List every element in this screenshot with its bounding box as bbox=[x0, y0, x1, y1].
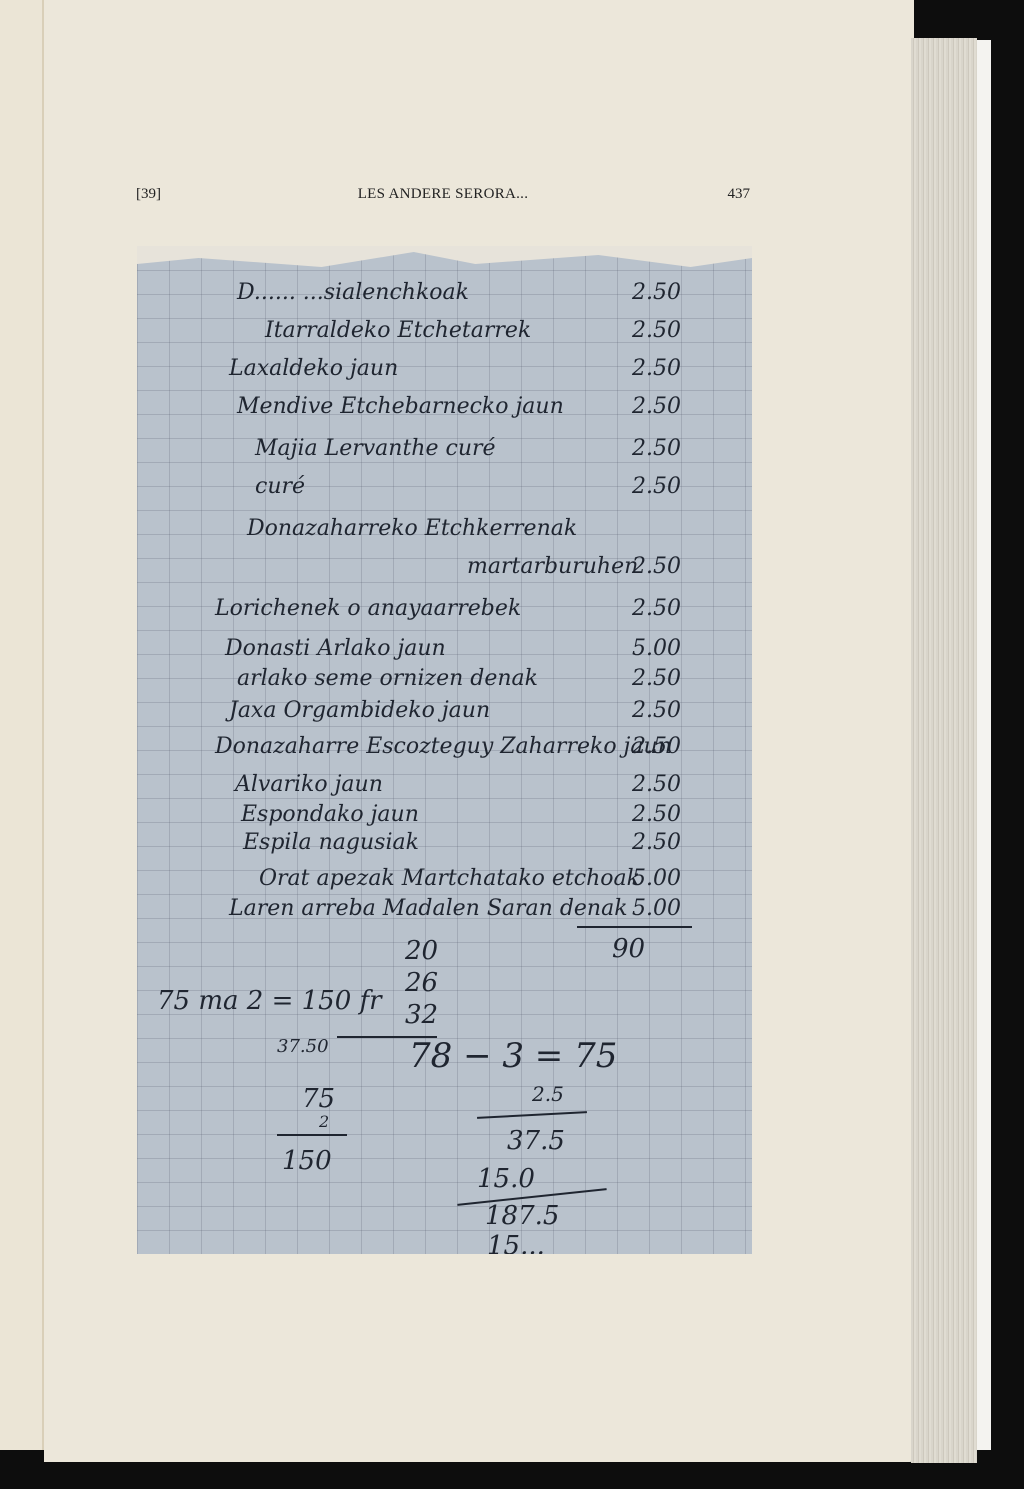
entry-text: Jaxa Orgambideko jaun bbox=[229, 698, 490, 723]
entry-amount: 2.50 bbox=[632, 596, 681, 621]
entry-amount: 2.50 bbox=[632, 474, 681, 499]
calc-left-mid: 37.50 bbox=[277, 1036, 329, 1057]
running-title: LES ANDERE SERORA... bbox=[136, 186, 750, 203]
calc-rule bbox=[477, 1111, 587, 1119]
entry-text: Laxaldeko jaun bbox=[229, 356, 398, 381]
entry-text: martarburuhen bbox=[467, 554, 638, 579]
entry-text: Donasti Arlako jaun bbox=[225, 636, 446, 661]
calc-column: 26 bbox=[405, 968, 438, 998]
entry-amount: 5.00 bbox=[632, 636, 681, 661]
calc-left-top: 75 ma 2 = 150 fr bbox=[157, 986, 382, 1016]
total-rule bbox=[577, 926, 692, 928]
calc-mult: 2.5 bbox=[532, 1082, 564, 1106]
calc-column: 32 bbox=[405, 1000, 438, 1030]
entry-text: Espondako jaun bbox=[241, 802, 419, 827]
entry-amount: 2.50 bbox=[632, 802, 681, 827]
calc-left-2: 2 bbox=[319, 1112, 329, 1131]
entry-amount: 2.50 bbox=[632, 394, 681, 419]
calc-r4: 15... bbox=[487, 1231, 545, 1254]
running-head: [39] LES ANDERE SERORA... 437 bbox=[136, 186, 750, 208]
entry-text: curé bbox=[255, 474, 305, 499]
handwritten-ledger-facsimile: D...... ...sialenchkoak 2.50 Itarraldeko… bbox=[137, 246, 752, 1254]
entry-text: arlako seme ornizen denak bbox=[237, 666, 538, 691]
entry-amount: 2.50 bbox=[632, 436, 681, 461]
entry-amount: 2.50 bbox=[632, 698, 681, 723]
entry-text: Espila nagusiak bbox=[243, 830, 419, 855]
entry-text: Laren arreba Madalen Saran denak bbox=[229, 896, 628, 921]
calc-r1: 37.5 bbox=[507, 1126, 565, 1156]
total: 90 bbox=[612, 934, 645, 964]
entry-text: Lorichenek o anayaarrebek bbox=[215, 596, 521, 621]
calc-r2: 15.0 bbox=[477, 1164, 535, 1194]
page-number: 437 bbox=[728, 186, 751, 203]
entry-text: Mendive Etchebarnecko jaun bbox=[237, 394, 564, 419]
entry-amount: 5.00 bbox=[632, 866, 681, 891]
entry-amount: 2.50 bbox=[632, 666, 681, 691]
left-page-edge bbox=[0, 0, 44, 1450]
calc-r3: 187.5 bbox=[485, 1201, 559, 1231]
entry-text: D...... ...sialenchkoak bbox=[237, 280, 469, 305]
entry-text: Donazaharre Escozteguy Zaharreko jaun bbox=[215, 734, 672, 759]
entry-amount: 2.50 bbox=[632, 554, 681, 579]
calc-left-75: 75 bbox=[302, 1084, 335, 1114]
calc-column: 20 bbox=[405, 936, 438, 966]
entry-amount: 2.50 bbox=[632, 280, 681, 305]
entry-text: Majia Lervanthe curé bbox=[255, 436, 496, 461]
torn-top-edge bbox=[137, 246, 752, 276]
entry-text: Itarraldeko Etchetarrek bbox=[265, 318, 531, 343]
calc-rule bbox=[277, 1134, 347, 1136]
calc-equation: 78 − 3 = 75 bbox=[409, 1036, 617, 1076]
entry-amount: 2.50 bbox=[632, 772, 681, 797]
entry-amount: 2.50 bbox=[632, 734, 681, 759]
calc-left-result: 150 bbox=[282, 1146, 332, 1176]
entry-amount: 2.50 bbox=[632, 830, 681, 855]
page-edges bbox=[911, 38, 977, 1463]
entry-text: Alvariko jaun bbox=[235, 772, 383, 797]
entry-amount: 5.00 bbox=[632, 896, 681, 921]
entry-text: Donazaharreko Etchkerrenak bbox=[247, 516, 577, 541]
entry-amount: 2.50 bbox=[632, 318, 681, 343]
entry-text: Orat apezak Martchatako etchoak bbox=[259, 866, 640, 891]
entry-amount: 2.50 bbox=[632, 356, 681, 381]
book-cover-edge bbox=[977, 40, 991, 1450]
